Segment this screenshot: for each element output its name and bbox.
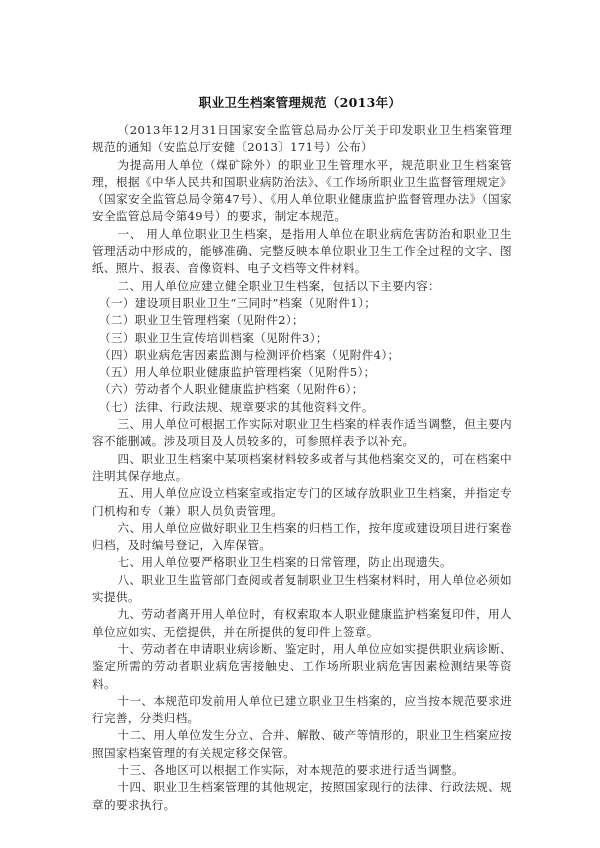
document-body: （2013年12月31日国家安全监管总局办公厅关于印发职业卫生档案管理规范的通知… <box>92 122 512 814</box>
list-item-4: （四）职业病危害因素监测与检测评价档案（见附件4）； <box>92 347 512 364</box>
article-2: 二、用人单位应建立健全职业卫生档案，包括以下主要内容： <box>92 278 512 295</box>
document-page: 职业卫生档案管理规范（2013年） （2013年12月31日国家安全监管总局办公… <box>0 0 600 848</box>
article-10: 十、劳动者在申请职业病诊断、鉴定时，用人单位应如实提供职业病诊断、鉴定所需的劳动… <box>92 641 512 693</box>
article-6: 六、用人单位应做好职业卫生档案的归档工作，按年度或建设项目进行案卷归档，及时编号… <box>92 520 512 555</box>
article-9: 九、劳动者离开用人单位时，有权索取本人职业健康监护档案复印件，用人单位应如实、无… <box>92 606 512 641</box>
list-item-1: （一）建设项目职业卫生“三同时”档案（见附件1）； <box>92 295 512 312</box>
list-item-7: （七）法律、行政法规、规章要求的其他资料文件。 <box>92 399 512 416</box>
list-item-6: （六）劳动者个人职业健康监护档案（见附件6）； <box>92 381 512 398</box>
article-14: 十四、职业卫生档案管理的其他规定，按照国家现行的法律、行政法规、规章的要求执行。 <box>92 779 512 814</box>
list-item-3: （三）职业卫生宣传培训档案（见附件3）； <box>92 330 512 347</box>
article-1: 一、 用人单位职业卫生档案，是指用人单位在职业病危害防治和职业卫生管理活动中形成… <box>92 226 512 278</box>
article-11: 十一、本规范印发前用人单位已建立职业卫生档案的，应当按本规范要求进行完善，分类归… <box>92 693 512 728</box>
article-4: 四、职业卫生档案中某项档案材料较多或者与其他档案交叉的，可在档案中注明其保存地点… <box>92 451 512 486</box>
document-title: 职业卫生档案管理规范（2013年） <box>0 93 600 111</box>
list-item-2: （二）职业卫生管理档案（见附件2）； <box>92 312 512 329</box>
article-3: 三、用人单位可根据工作实际对职业卫生档案的样表作适当调整，但主要内容不能删减。涉… <box>92 416 512 451</box>
article-13: 十三、各地区可以根据工作实际，对本规范的要求进行适当调整。 <box>92 762 512 779</box>
source-note: （2013年12月31日国家安全监管总局办公厅关于印发职业卫生档案管理规范的通知… <box>92 122 512 157</box>
article-7: 七、用人单位要严格职业卫生档案的日常管理，防止出现遗失。 <box>92 554 512 571</box>
article-5: 五、用人单位应设立档案室或指定专门的区域存放职业卫生档案，并指定专门机构和专（兼… <box>92 485 512 520</box>
article-8: 八、职业卫生监管部门查阅或者复制职业卫生档案材料时，用人单位必须如实提供。 <box>92 572 512 607</box>
list-item-5: （五）用人单位职业健康监护管理档案（见附件5）； <box>92 364 512 381</box>
article-12: 十二、用人单位发生分立、合并、解散、破产等情形的，职业卫生档案应按照国家档案管理… <box>92 727 512 762</box>
preamble-paragraph: 为提高用人单位（煤矿除外）的职业卫生管理水平，规范职业卫生档案管理，根据《中华人… <box>92 157 512 226</box>
